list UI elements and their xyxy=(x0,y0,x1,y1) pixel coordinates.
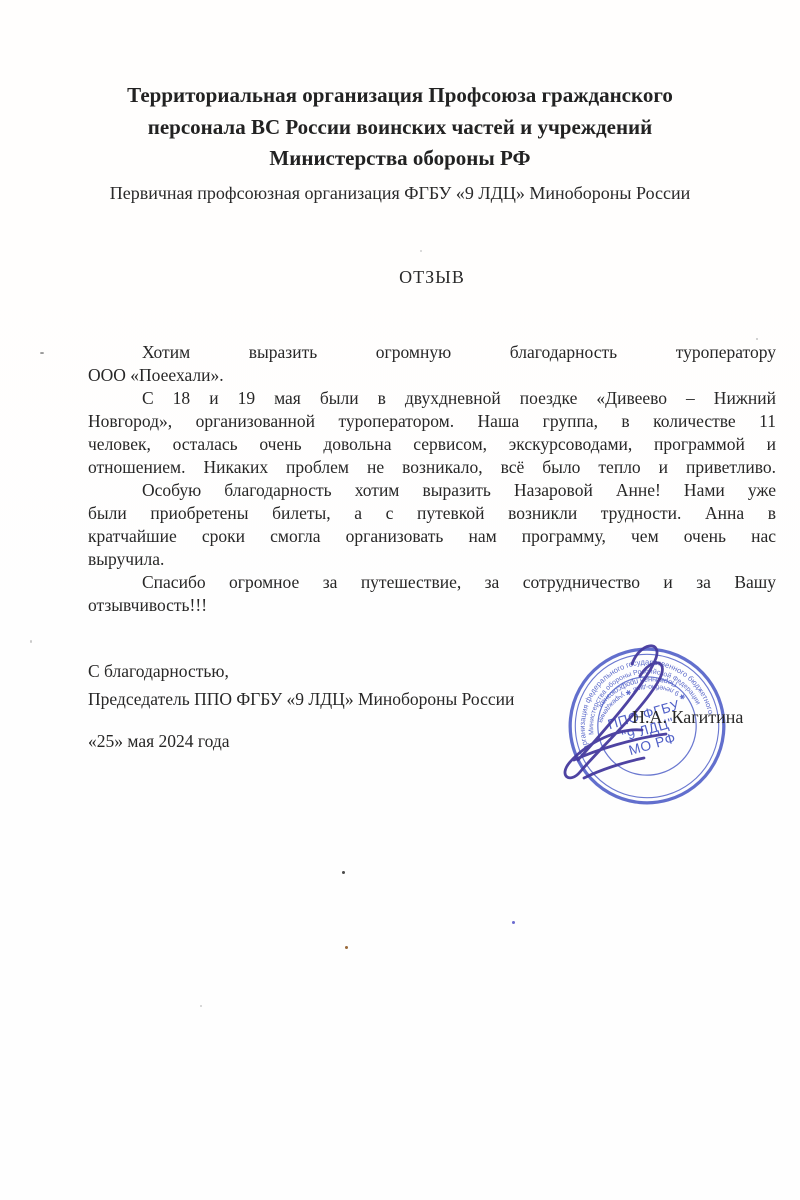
header-line-1: Территориальная организация Профсоюза гр… xyxy=(70,80,730,112)
header-line-2: персонала ВС России воинских частей и уч… xyxy=(70,112,730,144)
paragraph-4-line: Спасибо огромное за путешествие, за сотр… xyxy=(88,571,776,594)
paragraph-4-line: отзывчивость!!! xyxy=(88,594,776,617)
noise-speck xyxy=(30,640,32,643)
scanned-letter-page: Территориальная организация Профсоюза гр… xyxy=(0,0,800,1200)
noise-speck xyxy=(512,921,515,924)
paragraph-3-line: были приобретены билеты, а с путевкой во… xyxy=(88,502,776,525)
paragraph-1-line: ООО «Поеехали». xyxy=(88,364,776,387)
paragraph-3-line: кратчайшие сроки смогла организовать нам… xyxy=(88,525,776,548)
closing-line: С благодарностью, xyxy=(88,660,229,683)
paragraph-3-line: Особую благодарность хотим выразить Наза… xyxy=(88,479,776,502)
noise-speck xyxy=(420,250,422,252)
paragraph-2-line: отношением. Никаких проблем не возникало… xyxy=(88,456,776,479)
letter-body: Хотим выразить огромную благодарность ту… xyxy=(88,341,776,617)
primary-organization-subheader: Первичная профсоюзная организация ФГБУ «… xyxy=(40,181,760,205)
paragraph-2-line: человек, осталась очень довольна сервисо… xyxy=(88,433,776,456)
noise-speck xyxy=(200,1005,202,1007)
signer-name: Н.А. Кагитина xyxy=(632,707,743,728)
noise-speck xyxy=(342,871,345,874)
noise-speck xyxy=(40,352,44,354)
organization-header: Территориальная организация Профсоюза гр… xyxy=(70,80,730,175)
paragraph-2-line: С 18 и 19 мая были в двухдневной поездке… xyxy=(88,387,776,410)
paragraph-2-line: Новгород», организованной туроператором.… xyxy=(88,410,776,433)
noise-speck xyxy=(756,338,758,340)
signer-position-line: Председатель ППО ФГБУ «9 ЛДЦ» Минобороны… xyxy=(88,688,514,711)
date-line: «25» мая 2024 года xyxy=(88,730,230,753)
paragraph-1-line: Хотим выразить огромную благодарность ту… xyxy=(88,341,776,364)
noise-speck xyxy=(345,946,348,949)
paragraph-3-line: выручила. xyxy=(88,548,776,571)
header-line-3: Министерства обороны РФ xyxy=(70,143,730,175)
document-title: ОТЗЫВ xyxy=(88,267,776,288)
